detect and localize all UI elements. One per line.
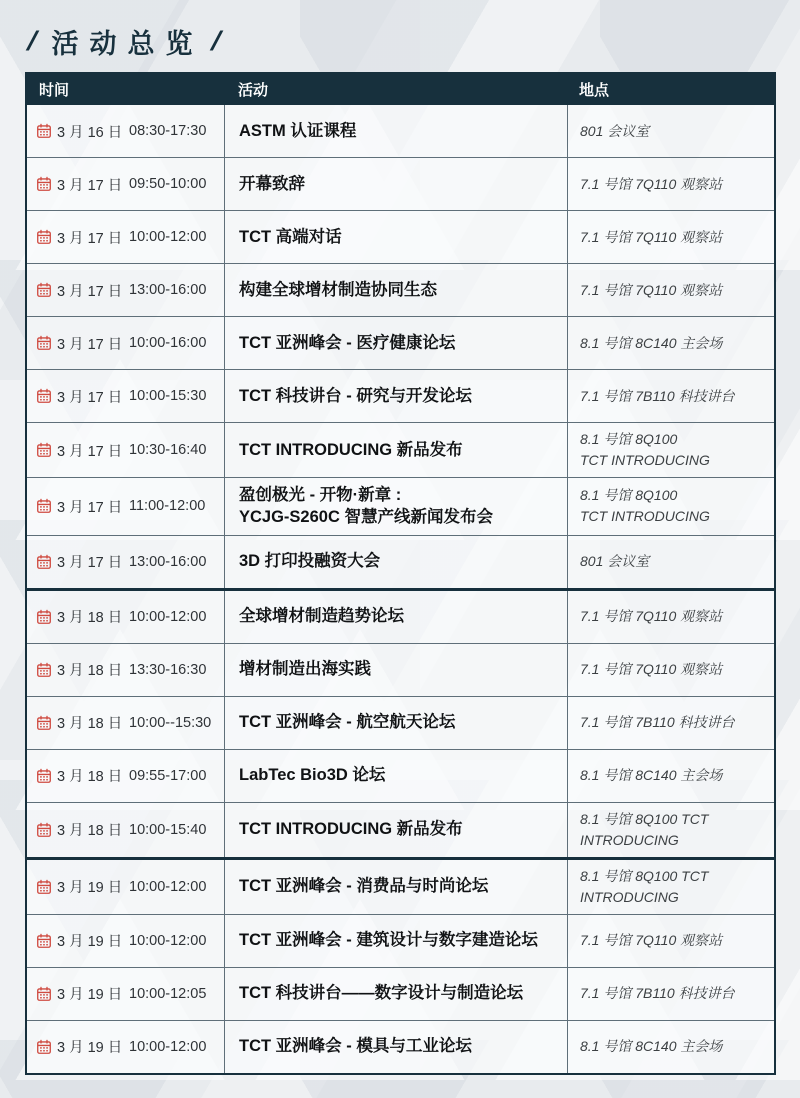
event-activity-cell: 全球增材制造趋势论坛: [224, 591, 567, 643]
event-time: 10:00-12:00: [129, 1039, 206, 1055]
calendar-icon: [36, 176, 52, 192]
event-activity-cell: TCT 亚洲峰会 - 消费品与时尚论坛: [224, 860, 567, 914]
table-row: 3 月 18 日 10:00--15:30 TCT 亚洲峰会 - 航空航天论坛 …: [27, 696, 774, 749]
event-location-cell: 7.1 号馆 7Q110 观察站: [567, 644, 774, 696]
event-date: 3 月 19 日: [57, 876, 125, 897]
event-location-cell: 8.1 号馆 8Q100 TCT INTRODUCING: [567, 860, 774, 914]
calendar-icon: [36, 282, 52, 298]
event-location-cell: 8.1 号馆 8Q100 TCT INTRODUCING: [567, 423, 774, 477]
event-location-cell: 801 会议室: [567, 105, 774, 157]
event-time-cell: 3 月 18 日 10:00-15:40: [27, 803, 224, 857]
event-time: 10:00-12:05: [129, 986, 206, 1002]
event-time-cell: 3 月 18 日 10:00-12:00: [27, 591, 224, 643]
calendar-icon: [36, 768, 52, 784]
event-location: 7.1 号馆 7B110 科技讲台: [580, 983, 735, 1004]
event-date: 3 月 17 日: [57, 227, 125, 248]
event-time-cell: 3 月 17 日 09:50-10:00: [27, 158, 224, 210]
calendar-icon: [36, 609, 52, 625]
calendar-icon: [36, 879, 52, 895]
event-location: 7.1 号馆 7Q110 观察站: [580, 606, 722, 627]
event-activity-cell: 开幕致辞: [224, 158, 567, 210]
event-time-cell: 3 月 18 日 09:55-17:00: [27, 750, 224, 802]
event-location-cell: 7.1 号馆 7Q110 观察站: [567, 915, 774, 967]
event-location-cell: 7.1 号馆 7Q110 观察站: [567, 591, 774, 643]
table-row: 3 月 19 日 10:00-12:00 TCT 亚洲峰会 - 消费品与时尚论坛…: [27, 857, 774, 914]
event-time: 09:55-17:00: [129, 768, 206, 784]
calendar-icon: [36, 229, 52, 245]
event-location-cell: 8.1 号馆 8C140 主会场: [567, 317, 774, 369]
table-row: 3 月 16 日 08:30-17:30 ASTM 认证课程 801 会议室: [27, 105, 774, 157]
event-time: 10:00-12:00: [129, 879, 206, 895]
event-title: TCT 亚洲峰会 - 模具与工业论坛: [239, 1035, 472, 1057]
event-title: 盈创极光 - 开物·新章 : YCJG-S260C 智慧产线新闻发布会: [239, 484, 493, 529]
event-time: 10:00-12:00: [129, 609, 206, 625]
event-location: 7.1 号馆 7Q110 观察站: [580, 280, 722, 301]
event-activity-cell: ASTM 认证课程: [224, 105, 567, 157]
table-row: 3 月 17 日 10:30-16:40 TCT INTRODUCING 新品发…: [27, 422, 774, 477]
event-time: 13:00-16:00: [129, 282, 206, 298]
event-title: TCT 科技讲台 - 研究与开发论坛: [239, 385, 472, 407]
event-activity-cell: TCT INTRODUCING 新品发布: [224, 803, 567, 857]
event-location-cell: 8.1 号馆 8Q100 TCT INTRODUCING: [567, 478, 774, 535]
event-time-cell: 3 月 16 日 08:30-17:30: [27, 105, 224, 157]
event-activity-cell: LabTec Bio3D 论坛: [224, 750, 567, 802]
event-title: 增材制造出海实践: [239, 658, 371, 680]
calendar-icon: [36, 1039, 52, 1055]
table-row: 3 月 17 日 10:00-16:00 TCT 亚洲峰会 - 医疗健康论坛 8…: [27, 316, 774, 369]
calendar-icon: [36, 335, 52, 351]
event-location: 8.1 号馆 8C140 主会场: [580, 765, 722, 786]
event-time: 08:30-17:30: [129, 123, 206, 139]
event-location: 801 会议室: [580, 551, 649, 572]
calendar-icon: [36, 662, 52, 678]
event-title: 开幕致辞: [239, 173, 305, 195]
event-date: 3 月 17 日: [57, 496, 125, 517]
table-header-row: 时间 活动 地点: [27, 74, 774, 105]
event-date: 3 月 19 日: [57, 930, 125, 951]
event-location-cell: 8.1 号馆 8C140 主会场: [567, 750, 774, 802]
event-date: 3 月 18 日: [57, 765, 125, 786]
event-location-cell: 7.1 号馆 7Q110 观察站: [567, 211, 774, 263]
page-title-text: 活动总览: [52, 22, 204, 61]
calendar-icon: [36, 123, 52, 139]
event-time: 10:00-12:00: [129, 933, 206, 949]
event-date: 3 月 17 日: [57, 333, 125, 354]
event-title: 构建全球增材制造协同生态: [239, 279, 437, 301]
event-title: TCT 亚洲峰会 - 医疗健康论坛: [239, 332, 455, 354]
event-date: 3 月 17 日: [57, 440, 125, 461]
event-date: 3 月 18 日: [57, 819, 125, 840]
table-row: 3 月 17 日 13:00-16:00 3D 打印投融资大会 801 会议室: [27, 535, 774, 588]
event-title: LabTec Bio3D 论坛: [239, 764, 385, 786]
event-location: 7.1 号馆 7B110 科技讲台: [580, 386, 735, 407]
calendar-icon: [36, 442, 52, 458]
event-time: 13:00-16:00: [129, 554, 206, 570]
event-date: 3 月 19 日: [57, 1036, 125, 1057]
event-activity-cell: 增材制造出海实践: [224, 644, 567, 696]
event-title: TCT 亚洲峰会 - 消费品与时尚论坛: [239, 875, 488, 897]
event-title: TCT 亚洲峰会 - 建筑设计与数字建造论坛: [239, 929, 538, 951]
event-time-cell: 3 月 17 日 10:00-16:00: [27, 317, 224, 369]
event-location-cell: 8.1 号馆 8Q100 TCT INTRODUCING: [567, 803, 774, 857]
table-row: 3 月 18 日 13:30-16:30 增材制造出海实践 7.1 号馆 7Q1…: [27, 643, 774, 696]
event-location: 801 会议室: [580, 121, 649, 142]
event-activity-cell: 构建全球增材制造协同生态: [224, 264, 567, 316]
table-row: 3 月 17 日 10:00-15:30 TCT 科技讲台 - 研究与开发论坛 …: [27, 369, 774, 422]
calendar-icon: [36, 498, 52, 514]
event-location: 7.1 号馆 7Q110 观察站: [580, 930, 722, 951]
event-location-cell: 7.1 号馆 7B110 科技讲台: [567, 697, 774, 749]
event-title: TCT INTRODUCING 新品发布: [239, 439, 463, 461]
event-activity-cell: TCT 科技讲台 - 研究与开发论坛: [224, 370, 567, 422]
table-row: 3 月 19 日 10:00-12:00 TCT 亚洲峰会 - 模具与工业论坛 …: [27, 1020, 774, 1073]
event-activity-cell: TCT 亚洲峰会 - 医疗健康论坛: [224, 317, 567, 369]
event-activity-cell: TCT 亚洲峰会 - 航空航天论坛: [224, 697, 567, 749]
calendar-icon: [36, 715, 52, 731]
table-row: 3 月 19 日 10:00-12:00 TCT 亚洲峰会 - 建筑设计与数字建…: [27, 914, 774, 967]
table-row: 3 月 18 日 10:00-12:00 全球增材制造趋势论坛 7.1 号馆 7…: [27, 588, 774, 643]
header-location: 地点: [567, 79, 774, 100]
table-row: 3 月 18 日 10:00-15:40 TCT INTRODUCING 新品发…: [27, 802, 774, 857]
table-row: 3 月 17 日 11:00-12:00 盈创极光 - 开物·新章 : YCJG…: [27, 477, 774, 535]
calendar-icon: [36, 388, 52, 404]
event-location: 7.1 号馆 7B110 科技讲台: [580, 712, 735, 733]
title-leading-slash: /: [26, 26, 38, 57]
event-activity-cell: TCT 科技讲台——数字设计与制造论坛: [224, 968, 567, 1020]
calendar-icon: [36, 822, 52, 838]
event-date: 3 月 17 日: [57, 551, 125, 572]
event-time-cell: 3 月 19 日 10:00-12:00: [27, 1021, 224, 1073]
event-date: 3 月 18 日: [57, 659, 125, 680]
event-location-cell: 7.1 号馆 7Q110 观察站: [567, 264, 774, 316]
event-time-cell: 3 月 19 日 10:00-12:00: [27, 915, 224, 967]
event-activity-cell: 盈创极光 - 开物·新章 : YCJG-S260C 智慧产线新闻发布会: [224, 478, 567, 535]
event-activity-cell: 3D 打印投融资大会: [224, 536, 567, 588]
calendar-icon: [36, 986, 52, 1002]
event-date: 3 月 17 日: [57, 174, 125, 195]
event-title: TCT INTRODUCING 新品发布: [239, 818, 463, 840]
event-title: TCT 亚洲峰会 - 航空航天论坛: [239, 711, 455, 733]
event-time-cell: 3 月 17 日 13:00-16:00: [27, 264, 224, 316]
event-location: 7.1 号馆 7Q110 观察站: [580, 227, 722, 248]
table-row: 3 月 17 日 10:00-12:00 TCT 高端对话 7.1 号馆 7Q1…: [27, 210, 774, 263]
event-location-cell: 7.1 号馆 7Q110 观察站: [567, 158, 774, 210]
table-body: 3 月 16 日 08:30-17:30 ASTM 认证课程 801 会议室 3…: [27, 105, 774, 1073]
header-activity: 活动: [224, 79, 567, 100]
page-title: / 活动总览 /: [28, 22, 219, 61]
calendar-icon: [36, 933, 52, 949]
event-activity-cell: TCT 高端对话: [224, 211, 567, 263]
event-time: 10:00-16:00: [129, 335, 206, 351]
event-date: 3 月 19 日: [57, 983, 125, 1004]
event-activity-cell: TCT INTRODUCING 新品发布: [224, 423, 567, 477]
event-date: 3 月 17 日: [57, 280, 125, 301]
event-time: 10:30-16:40: [129, 442, 206, 458]
event-location-cell: 801 会议室: [567, 536, 774, 588]
table-row: 3 月 18 日 09:55-17:00 LabTec Bio3D 论坛 8.1…: [27, 749, 774, 802]
event-location: 8.1 号馆 8C140 主会场: [580, 333, 722, 354]
event-time: 10:00-15:40: [129, 822, 206, 838]
table-row: 3 月 17 日 13:00-16:00 构建全球增材制造协同生态 7.1 号馆…: [27, 263, 774, 316]
event-time-cell: 3 月 18 日 13:30-16:30: [27, 644, 224, 696]
calendar-icon: [36, 554, 52, 570]
event-location: 8.1 号馆 8Q100 TCT INTRODUCING: [580, 429, 710, 471]
event-time: 10:00--15:30: [129, 715, 211, 731]
event-time-cell: 3 月 19 日 10:00-12:05: [27, 968, 224, 1020]
event-time-cell: 3 月 17 日 10:00-15:30: [27, 370, 224, 422]
event-activity-cell: TCT 亚洲峰会 - 建筑设计与数字建造论坛: [224, 915, 567, 967]
event-time: 10:00-12:00: [129, 229, 206, 245]
header-time: 时间: [27, 79, 224, 100]
event-location: 8.1 号馆 8Q100 TCT INTRODUCING: [580, 809, 708, 851]
event-time: 13:30-16:30: [129, 662, 206, 678]
event-time: 10:00-15:30: [129, 388, 206, 404]
event-time: 11:00-12:00: [129, 498, 205, 514]
event-time-cell: 3 月 17 日 10:30-16:40: [27, 423, 224, 477]
event-date: 3 月 18 日: [57, 606, 125, 627]
event-location: 7.1 号馆 7Q110 观察站: [580, 174, 722, 195]
event-date: 3 月 16 日: [57, 121, 125, 142]
schedule-table: 时间 活动 地点 3 月 16 日 08:30-17:30 ASTM 认证课程: [25, 72, 776, 1075]
event-date: 3 月 18 日: [57, 712, 125, 733]
event-location-cell: 7.1 号馆 7B110 科技讲台: [567, 370, 774, 422]
event-time-cell: 3 月 17 日 13:00-16:00: [27, 536, 224, 588]
event-location: 8.1 号馆 8Q100 TCT INTRODUCING: [580, 866, 708, 908]
page-background: / 活动总览 / 时间 活动 地点 3 月 16 日 08:30-17:30: [0, 0, 800, 1098]
event-location: 8.1 号馆 8Q100 TCT INTRODUCING: [580, 485, 710, 527]
event-date: 3 月 17 日: [57, 386, 125, 407]
event-location: 7.1 号馆 7Q110 观察站: [580, 659, 722, 680]
event-time-cell: 3 月 17 日 10:00-12:00: [27, 211, 224, 263]
event-title: TCT 科技讲台——数字设计与制造论坛: [239, 982, 523, 1004]
event-title: 全球增材制造趋势论坛: [239, 605, 404, 627]
event-title: TCT 高端对话: [239, 226, 342, 248]
table-row: 3 月 17 日 09:50-10:00 开幕致辞 7.1 号馆 7Q110 观…: [27, 157, 774, 210]
event-title: ASTM 认证课程: [239, 120, 356, 142]
event-time: 09:50-10:00: [129, 176, 206, 192]
event-location-cell: 8.1 号馆 8C140 主会场: [567, 1021, 774, 1073]
event-time-cell: 3 月 19 日 10:00-12:00: [27, 860, 224, 914]
event-time-cell: 3 月 17 日 11:00-12:00: [27, 478, 224, 535]
event-title: 3D 打印投融资大会: [239, 550, 380, 572]
event-location: 8.1 号馆 8C140 主会场: [580, 1036, 722, 1057]
title-trailing-slash: /: [209, 26, 221, 57]
event-location-cell: 7.1 号馆 7B110 科技讲台: [567, 968, 774, 1020]
table-row: 3 月 19 日 10:00-12:05 TCT 科技讲台——数字设计与制造论坛…: [27, 967, 774, 1020]
event-time-cell: 3 月 18 日 10:00--15:30: [27, 697, 224, 749]
event-activity-cell: TCT 亚洲峰会 - 模具与工业论坛: [224, 1021, 567, 1073]
